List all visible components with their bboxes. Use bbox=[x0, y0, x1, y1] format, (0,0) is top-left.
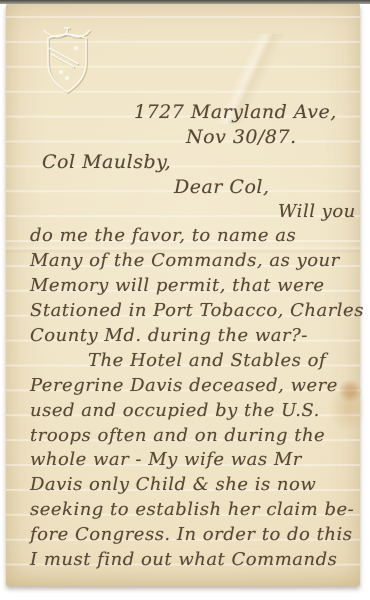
letter-line-body: fore Congress. In order to do this bbox=[30, 523, 354, 548]
letter-line-paragraph: The Hotel and Stables of bbox=[88, 349, 354, 374]
letter-line-body: whole war - My wife was Mr bbox=[30, 448, 354, 473]
letter-line-body: used and occupied by the U.S. bbox=[30, 399, 354, 424]
letter-line-body: I must find out what Commands bbox=[30, 548, 354, 573]
letter-line-body: Davis only Child & she is now bbox=[30, 473, 354, 498]
letter-line-body: seeking to establish her claim be- bbox=[30, 498, 354, 523]
letter-line-body: do me the favor, to name as bbox=[30, 224, 354, 249]
letter-line-body: County Md. during the war?- bbox=[30, 324, 354, 349]
letter-line-body: troops often and on during the bbox=[30, 424, 354, 449]
letter-line-body: Stationed in Port Tobacco, Charles bbox=[30, 299, 354, 324]
letter-body: 1727 Maryland Ave,Nov 30/87.Col Maulsby,… bbox=[28, 100, 354, 573]
letter-line-body: Many of the Commands, as your bbox=[30, 249, 354, 274]
letter-line-body: Memory will permit, that were bbox=[30, 274, 354, 299]
letter-page: 1727 Maryland Ave,Nov 30/87.Col Maulsby,… bbox=[6, 4, 360, 586]
letter-line-date: Nov 30/87. bbox=[186, 125, 354, 150]
letter-line-recipient: Col Maulsby, bbox=[42, 150, 354, 175]
letter-line-body: Peregrine Davis deceased, were bbox=[30, 374, 354, 399]
letter-line-opening: Will you bbox=[278, 200, 354, 225]
letter-line-address: 1727 Maryland Ave, bbox=[134, 100, 354, 125]
letter-line-salutation: Dear Col, bbox=[174, 175, 354, 200]
embossed-shield-crest-icon bbox=[34, 24, 106, 106]
